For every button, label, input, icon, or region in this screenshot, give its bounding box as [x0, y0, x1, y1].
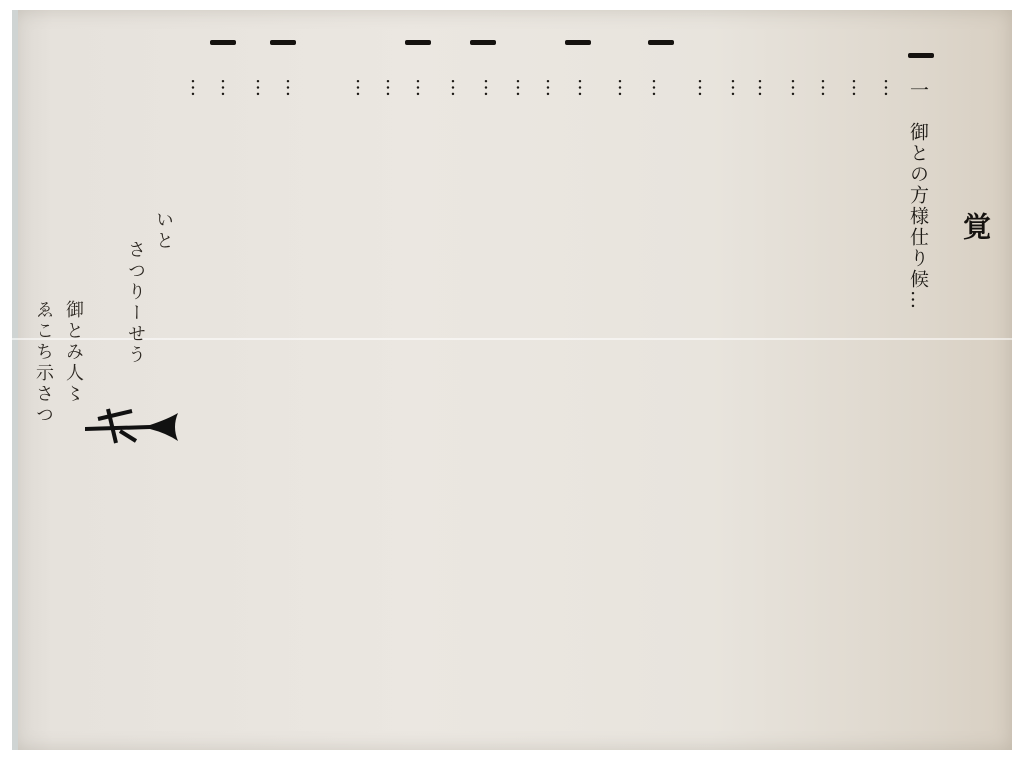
- date-label: いと: [150, 210, 176, 252]
- text-column: …: [878, 78, 904, 99]
- text-column: …: [692, 78, 718, 99]
- text-column: …: [646, 78, 672, 99]
- text-column: …: [478, 78, 504, 99]
- item-marker: [405, 40, 431, 45]
- manuscript-paper: [12, 10, 1012, 750]
- text-column: …: [215, 78, 241, 99]
- text-column: …: [752, 78, 778, 99]
- item-marker: [565, 40, 591, 45]
- text-column: …: [280, 78, 306, 99]
- text-column: …: [725, 78, 751, 99]
- document-title: 覚: [955, 212, 995, 240]
- paper-edge: [12, 10, 18, 750]
- text-column: …: [572, 78, 598, 99]
- text-column: …: [410, 78, 436, 99]
- item-marker: [210, 40, 236, 45]
- fold-line: [12, 338, 1012, 340]
- text-column: …: [510, 78, 536, 99]
- text-column: …: [815, 78, 841, 99]
- text-column: …: [185, 78, 211, 99]
- kao-seal-icon: [80, 405, 180, 445]
- item-marker: [648, 40, 674, 45]
- text-column: …: [350, 78, 376, 99]
- text-column: …: [612, 78, 638, 99]
- item-marker: [470, 40, 496, 45]
- text-column: …: [250, 78, 276, 99]
- text-column: 一 御との方様仕り候…: [905, 80, 931, 311]
- text-column: …: [445, 78, 471, 99]
- addressee-secondary: ゑこち示さつ: [30, 300, 56, 426]
- text-column: …: [540, 78, 566, 99]
- text-column: …: [785, 78, 811, 99]
- item-marker: [270, 40, 296, 45]
- addressee: 御とみ人〻: [60, 300, 86, 405]
- text-column: …: [846, 78, 872, 99]
- signatory: さつりーせう: [122, 240, 148, 366]
- item-marker: [908, 53, 934, 58]
- text-column: …: [380, 78, 406, 99]
